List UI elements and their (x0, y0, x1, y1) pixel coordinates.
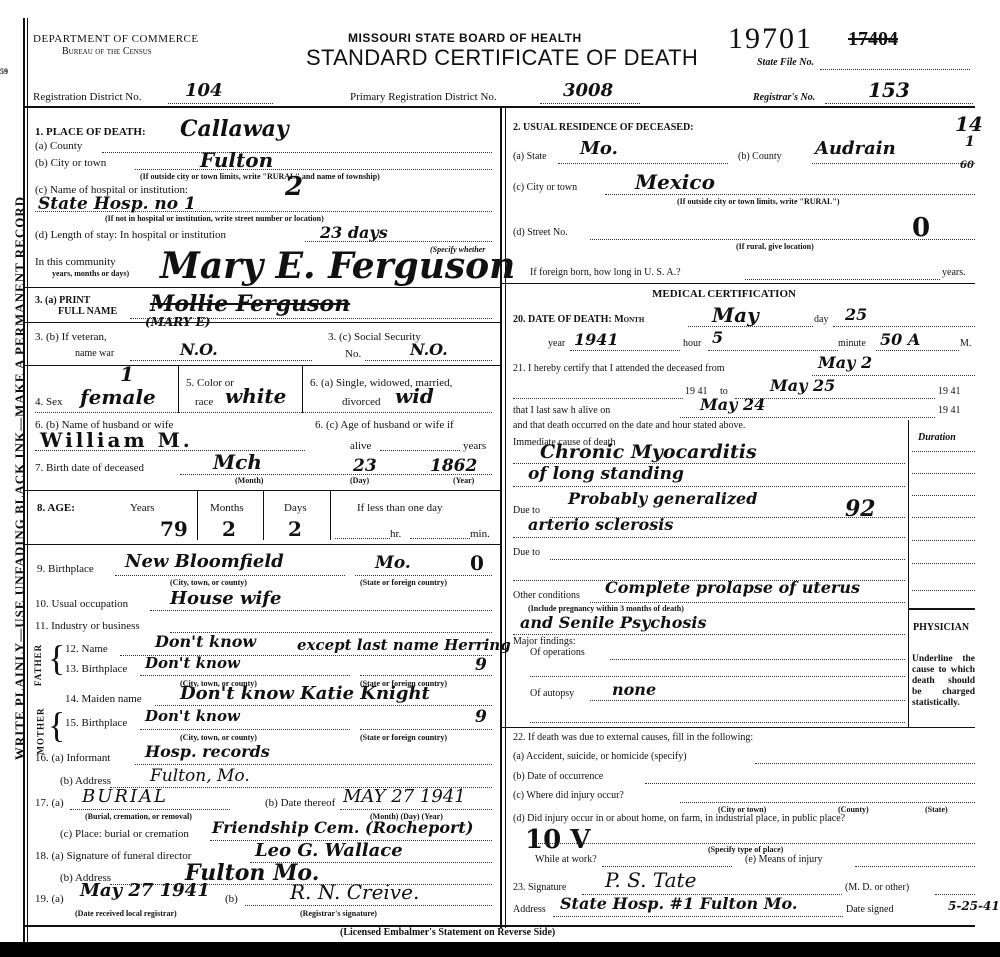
mother-birth-state-line (360, 729, 492, 730)
death-city-value: Fulton (200, 148, 273, 172)
other-line-1 (590, 602, 905, 603)
mother-birth-label: 15. Birthplace (65, 717, 127, 729)
burial-label: 17. (a) (35, 797, 64, 809)
sex-mark: 1 (120, 362, 134, 386)
informant-line (135, 764, 492, 765)
father-birth-state-line (360, 675, 492, 676)
accident-line (755, 763, 975, 764)
due-to-line-3 (550, 559, 905, 560)
age-div-2 (263, 490, 264, 540)
month-caption: (Month) (235, 476, 263, 485)
marital-value: wid (395, 384, 434, 408)
reg-district-value: 104 (185, 80, 223, 101)
rule-r1 (502, 283, 975, 284)
res-city-label: (c) City or town (513, 182, 577, 193)
work-line (602, 866, 732, 867)
birth-date-label: 7. Birth date of deceased (35, 462, 144, 474)
duration-line-3 (912, 495, 975, 496)
operations-label: Of operations (530, 647, 585, 658)
hospital-mark: 2 (285, 172, 303, 202)
print-label-2: FULL NAME (58, 306, 117, 317)
reg-district-label: Registration District No. (33, 91, 141, 103)
community-label: In this community (35, 256, 116, 268)
attend-from-value: May 2 (818, 353, 872, 372)
death-city-note: (If outside city or town limits, write "… (140, 172, 380, 181)
death-county-label: (a) County (35, 140, 82, 152)
duration-line-2 (912, 473, 975, 474)
mother-brace: { (48, 707, 65, 743)
mother-maiden-line (155, 705, 492, 706)
res-street-note: (If rural, give location) (736, 242, 814, 251)
res-street-value: 0 (912, 213, 930, 243)
birth-year-value: 1862 (430, 456, 477, 476)
md-line (935, 894, 975, 895)
deceased-signature-name: Mary E. Ferguson (160, 245, 515, 287)
attend-from-cont-line (513, 398, 683, 399)
registrar-signature: R. N. Creive. (290, 880, 419, 904)
death-city-line (135, 169, 492, 170)
occurred-text: and that death occurred on the date and … (513, 420, 745, 431)
mother-birth-value: Don't know (145, 707, 240, 725)
mother-state-caption: (State or foreign country) (360, 733, 447, 742)
external-label: 22. If death was due to external causes,… (513, 732, 753, 743)
duration-line-7 (912, 590, 975, 591)
age-div-3 (330, 490, 331, 540)
other-line-2 (513, 634, 905, 635)
death-month-value: May (712, 303, 759, 327)
where-state-caption: (State) (925, 805, 948, 814)
father-name-value: Don't know (155, 632, 256, 651)
board-title: MISSOURI STATE BOARD OF HEALTH (348, 31, 582, 45)
year-caption: (Year) (453, 476, 474, 485)
registrar-caption: (Registrar's signature) (300, 909, 377, 918)
foreign-line (745, 279, 940, 280)
rule-2 (25, 322, 500, 323)
place-of-death-heading: 1. PLACE OF DEATH: (35, 126, 146, 138)
age-days-label: Days (284, 502, 307, 514)
birthplace-city-line (115, 575, 345, 576)
veteran-line (130, 360, 312, 361)
sex-value: female (80, 385, 156, 409)
residence-code: 14 (955, 112, 983, 136)
due-to-mark: 92 (845, 496, 876, 522)
rule-1 (25, 287, 500, 288)
rule-3 (25, 365, 500, 366)
age-years-label: Years (130, 502, 155, 514)
director-label: 18. (a) Signature of funeral director (35, 850, 191, 862)
residence-code-2: 1 (965, 134, 975, 150)
physician-address-line (553, 916, 843, 917)
duration-line-6 (912, 563, 975, 564)
birth-month-value: Mch (213, 450, 262, 474)
signature-label: 23. Signature (513, 882, 566, 893)
birth-day-value: 23 (353, 456, 377, 476)
frame-left (23, 18, 25, 948)
age-div-1 (197, 490, 198, 540)
immediate-cause-2: of long standing (528, 464, 684, 484)
spouse-age-label-1: 6. (c) Age of husband or wife if (315, 419, 454, 431)
print-label-1: 3. (a) PRINT (35, 295, 90, 306)
home-mark: 10 V (525, 825, 590, 855)
other-conditions-2: and Senile Psychosis (520, 613, 707, 632)
mother-birth-mark: 9 (475, 707, 487, 727)
birthplace-state-value: Mo. (375, 553, 411, 573)
registrar-no-dots (825, 103, 973, 104)
center-divider-inner (505, 108, 506, 928)
immediate-cause-1: Chronic Myocarditis (540, 441, 757, 463)
director-value: Leo G. Wallace (255, 840, 403, 861)
md-label: (M. D. or other) (845, 882, 909, 893)
birthplace-label: 9. Birthplace (37, 563, 94, 575)
home-label: (d) Did injury occur in or about home, o… (513, 813, 845, 824)
less-day-label: If less than one day (357, 502, 443, 514)
father-birth-value: Don't know (145, 654, 240, 672)
death-minute-label: minute (838, 338, 866, 349)
physician-rule (908, 608, 975, 610)
residence-code-3: 60 (960, 160, 974, 171)
age-label: 8. AGE: (37, 502, 75, 514)
registrar-line (245, 905, 492, 906)
min-label: min. (470, 528, 490, 540)
last-saw-label: that I last saw h alive on (513, 405, 610, 416)
last-saw-line (680, 417, 935, 418)
community-note: years, months or days) (52, 269, 129, 278)
age-months-value: 2 (222, 517, 236, 541)
duration-line-5 (912, 540, 975, 541)
death-day-label: day (814, 314, 828, 325)
death-hour-line (708, 350, 838, 351)
received-value: May 27 1941 (80, 880, 210, 901)
accident-label: (a) Accident, suicide, or homicide (spec… (513, 751, 687, 762)
sex-label: 4. Sex (35, 396, 63, 408)
date-signed-label: Date signed (846, 904, 894, 915)
father-birth-line (140, 675, 350, 676)
registrar-label: (b) (225, 893, 238, 905)
dept-label: DEPARTMENT OF COMMERCE (33, 33, 199, 45)
physician-note: Underline the cause to which death shoul… (912, 654, 975, 709)
last-saw-value: May 24 (700, 395, 765, 414)
attend-to-value: May 25 (770, 376, 835, 395)
burial-place-value: Friendship Cem. (Rocheport) (212, 818, 473, 837)
where-line (680, 802, 975, 803)
death-day-value: 25 (845, 305, 867, 324)
hr-line (335, 538, 390, 539)
primary-district-value: 3008 (563, 80, 613, 101)
burial-type-value: BURIAL (82, 786, 168, 807)
hospital-line (35, 211, 492, 212)
veteran-label-2: name war (75, 348, 114, 359)
autopsy-label: Of autopsy (530, 688, 574, 699)
ss-value: N.O. (410, 340, 448, 359)
received-caption: (Date received local registrar) (75, 909, 177, 918)
informant-address-value: Fulton, Mo. (150, 766, 250, 786)
sex-divider (178, 365, 179, 413)
day-caption: (Day) (350, 476, 369, 485)
res-city-value: Mexico (635, 170, 715, 194)
rule-5 (25, 544, 500, 545)
other-conditions-1: Complete prolapse of uterus (605, 578, 860, 597)
death-year-line (570, 350, 680, 351)
birthplace-mark: 0 (470, 551, 484, 575)
spouse-age-line (380, 450, 460, 451)
ss-label-2: No. (345, 348, 361, 360)
due-to-line-2 (513, 537, 905, 538)
res-state-line (558, 163, 728, 164)
spouse-line (35, 450, 305, 451)
ss-line (365, 360, 492, 361)
hr-label: hr. (390, 528, 401, 540)
duration-line-4 (912, 517, 975, 518)
death-minute-line (876, 350, 959, 351)
other-conditions-label: Other conditions (513, 590, 580, 601)
death-year-label: year (548, 338, 565, 349)
occupation-value: House wife (170, 588, 281, 609)
work-label: While at work? (535, 854, 597, 865)
immediate-line-2 (513, 486, 905, 487)
res-city-line (605, 194, 975, 195)
duration-divider (908, 420, 909, 728)
birthplace-city-value: New Bloomfield (125, 551, 284, 572)
min-line (410, 538, 470, 539)
rule-r2 (502, 727, 975, 728)
stay-label: (d) Length of stay: In hospital or insti… (35, 229, 226, 241)
registrar-no-label: Registrar's No. (753, 92, 815, 103)
father-brace: { (48, 640, 65, 676)
hospital-note: (If not in hospital or institution, writ… (105, 214, 324, 223)
veteran-label-1: 3. (b) If veteran, (35, 331, 107, 343)
physician-address-value: State Hosp. #1 Fulton Mo. (560, 894, 797, 913)
birthplace-city-caption: (City, town, or county) (170, 578, 247, 587)
marital-label-2: divorced (342, 396, 380, 408)
last-saw-year: 19 41 (938, 405, 961, 416)
res-county-line (812, 163, 975, 164)
findings-label: Major findings: (513, 636, 576, 647)
state-file-number-struck: 17404 (848, 28, 898, 51)
physician-title: PHYSICIAN (913, 622, 969, 633)
other-conditions-note: (Include pregnancy within 3 months of de… (528, 604, 684, 613)
burial-date-label: (b) Date thereof (265, 797, 335, 809)
death-county-line (102, 152, 492, 153)
age-days-value: 2 (288, 517, 302, 541)
place-type-caption: (Specify type of place) (708, 845, 783, 854)
father-side-label: FATHER (33, 644, 43, 686)
due-to-label-2: Due to (513, 547, 540, 558)
mother-maiden-value: Don't know Katie Knight (180, 683, 430, 704)
birthplace-state-caption: (State or foreign country) (360, 578, 447, 587)
sex-race-line (35, 412, 492, 413)
means-label: (e) Means of injury (745, 854, 822, 865)
medical-heading: MEDICAL CERTIFICATION (652, 288, 796, 300)
informant-value: Hosp. records (145, 742, 270, 761)
father-birth-label: 13. Birthplace (65, 663, 127, 675)
physician-address-label: Address (513, 904, 546, 915)
father-name-extra: except last name Herring (297, 636, 511, 654)
informant-label: 16. (a) Informant (35, 752, 110, 764)
burial-type-caption: (Burial, cremation, or removal) (85, 812, 192, 821)
burial-date-value: MAY 27 1941 (343, 786, 466, 807)
father-name-label: 12. Name (65, 643, 108, 655)
autopsy-line (590, 700, 905, 701)
attend-from-line (812, 375, 975, 376)
color-label-2: race (195, 396, 213, 408)
res-state-label: (a) State (513, 151, 547, 162)
attend-label: 21. I hereby certify that I attended the… (513, 363, 725, 374)
state-file-dots (820, 69, 970, 70)
margin-instruction: WRITE PLAINLY—USE UNFADING BLACK INK—MAK… (12, 128, 28, 828)
death-minute-value: 50 A (880, 330, 920, 349)
res-city-note: (If outside city or town limits, write "… (677, 197, 840, 206)
birthplace-state-line (355, 575, 492, 576)
physician-signature: P. S. Tate (605, 868, 696, 892)
residence-heading: 2. USUAL RESIDENCE OF DECEASED: (513, 122, 694, 133)
color-value: white (225, 384, 286, 408)
state-file-label: State File No. (757, 57, 814, 68)
res-street-label: (d) Street No. (513, 227, 568, 238)
death-hour-label: hour (683, 338, 701, 349)
full-name-value: Mollie Ferguson (150, 291, 350, 317)
death-m-label: M. (960, 338, 971, 349)
age-years-value: 79 (160, 517, 188, 541)
ss-label-1: 3. (c) Social Security (328, 331, 421, 343)
duration-line-1 (912, 451, 975, 452)
death-city-label: (b) City or town (35, 157, 106, 169)
occurrence-label: (b) Date of occurrence (513, 771, 603, 782)
footer-note: (Licensed Embalmer's Statement on Revers… (340, 927, 555, 938)
mother-city-caption: (City, town, or county) (180, 733, 257, 742)
death-date-label: 20. DATE OF DEATH: Month (513, 314, 644, 325)
burial-date-line (340, 809, 492, 810)
where-label: (c) Where did injury occur? (513, 790, 624, 801)
frame-left-inner (27, 18, 28, 948)
mother-maiden-label: 14. Maiden name (65, 693, 142, 705)
operations-line (610, 659, 905, 660)
due-to-2: arterio sclerosis (528, 515, 673, 534)
attend-year-to: 19 41 (938, 386, 961, 397)
margin-mark: 59 (0, 67, 8, 76)
center-divider (500, 108, 502, 928)
primary-district-label: Primary Registration District No. (350, 91, 497, 103)
spouse-age-suffix: years (463, 440, 486, 452)
occupation-line (150, 610, 492, 611)
industry-label: 11. Industry or business (35, 620, 140, 632)
due-to-1: Probably generalized (568, 489, 757, 508)
registrar-no-value: 153 (868, 78, 910, 102)
res-county-label: (b) County (738, 151, 782, 162)
duration-label: Duration (918, 432, 956, 443)
occupation-label: 10. Usual occupation (35, 598, 128, 610)
death-day-line (833, 326, 975, 327)
mother-birth-line (140, 729, 350, 730)
home-line (535, 843, 975, 844)
spouse-age-label-2: alive (350, 440, 371, 452)
stay-value: 23 days (320, 223, 388, 242)
occurrence-line (645, 783, 975, 784)
race-divider (302, 365, 303, 413)
death-year-value: 1941 (574, 330, 619, 349)
burial-place-label: (c) Place: burial or cremation (60, 828, 189, 840)
foreign-label: If foreign born, how long in U. S. A.? (530, 267, 681, 278)
father-birth-mark: 9 (475, 655, 487, 675)
received-label: 19. (a) (35, 893, 64, 905)
mother-side-label: MOTHER (36, 707, 46, 754)
autopsy-value: none (612, 680, 656, 699)
page-title: STANDARD CERTIFICATE OF DEATH (306, 45, 698, 71)
burial-type-line (70, 809, 230, 810)
death-county-value: Callaway (180, 116, 289, 142)
veteran-value: N.O. (180, 340, 218, 359)
spouse-value: William M. (40, 428, 193, 452)
res-state-value: Mo. (580, 138, 618, 159)
header-rule (25, 106, 975, 108)
primary-district-dots (540, 103, 640, 104)
state-file-number: 19701 (728, 22, 813, 56)
death-hour-value: 5 (712, 328, 723, 347)
means-line (855, 866, 975, 867)
res-county-value: Audrain (815, 138, 896, 159)
operations-line-2 (530, 676, 905, 677)
bureau-label: Bureau of the Census (62, 46, 152, 57)
scan-edge (0, 942, 1000, 957)
autopsy-line-2 (530, 722, 905, 723)
reg-district-dots (168, 103, 273, 104)
date-signed-value: 5-25-41 (948, 899, 1000, 913)
foreign-suffix: years. (942, 267, 966, 278)
age-months-label: Months (210, 502, 244, 514)
